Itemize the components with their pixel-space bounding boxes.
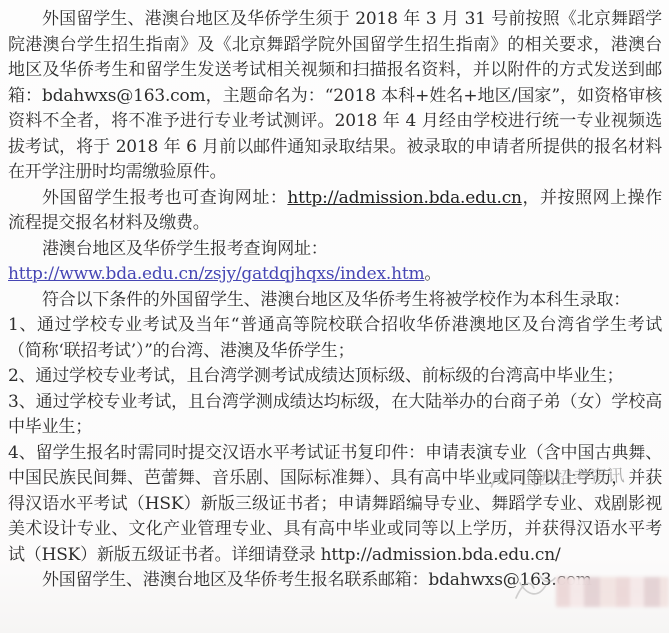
para-hmt-query-label: 港澳台地区及华侨学生报考查询网址： bbox=[8, 237, 662, 263]
hmt-url-period: 。 bbox=[424, 264, 441, 284]
list-item-2: 2、通过学校专业考试，且台湾学测考试成绩达顶标级、前标级的台湾高中毕业生； bbox=[8, 364, 662, 390]
para-intro: 外国留学生、港澳台地区及华侨学生须于 2018 年 3 月 31 号前按照《北京… bbox=[8, 7, 662, 186]
hmt-admissions-link[interactable]: http://www.bda.edu.cn/zsjy/gatdqjhqxs/in… bbox=[8, 264, 424, 284]
list-item-3: 3、通过学校专业考试，且台湾学测成绩达均标级，在大陆举办的台商子弟（女）学校高中… bbox=[8, 390, 662, 441]
admission-url-plain: http://admission.bda.edu.cn/ bbox=[321, 545, 561, 565]
para-foreign-query: 外国留学生报考也可查询网址：http://admission.bda.edu.c… bbox=[8, 186, 662, 237]
para-hmt-query-url: http://www.bda.edu.cn/zsjy/gatdqjhqxs/in… bbox=[8, 262, 662, 288]
mosaic-redaction bbox=[556, 577, 669, 607]
admission-site-link[interactable]: http://admission.bda.edu.cn bbox=[287, 188, 521, 208]
document-page: 外国留学生、港澳台地区及华侨学生须于 2018 年 3 月 31 号前按照《北京… bbox=[0, 0, 669, 633]
para-foreign-query-pre: 外国留学生报考也可查询网址： bbox=[42, 188, 287, 208]
list-item-4: 4、留学生报名时需同时提交汉语水平考试证书复印件：申请表演专业（含中国古典舞、中… bbox=[8, 441, 662, 569]
list-item-1: 1、通过学校专业考试及当年“普通高等院校联合招收华侨港澳地区及台湾省学生考试（简… bbox=[8, 313, 662, 364]
para-admit-conditions: 符合以下条件的外国留学生、港澳台地区及华侨考生将被学校作为本科生录取： bbox=[8, 288, 662, 314]
para-contact-label: 外国留学生、港澳台地区及华侨考生报名联系邮箱： bbox=[42, 570, 428, 590]
